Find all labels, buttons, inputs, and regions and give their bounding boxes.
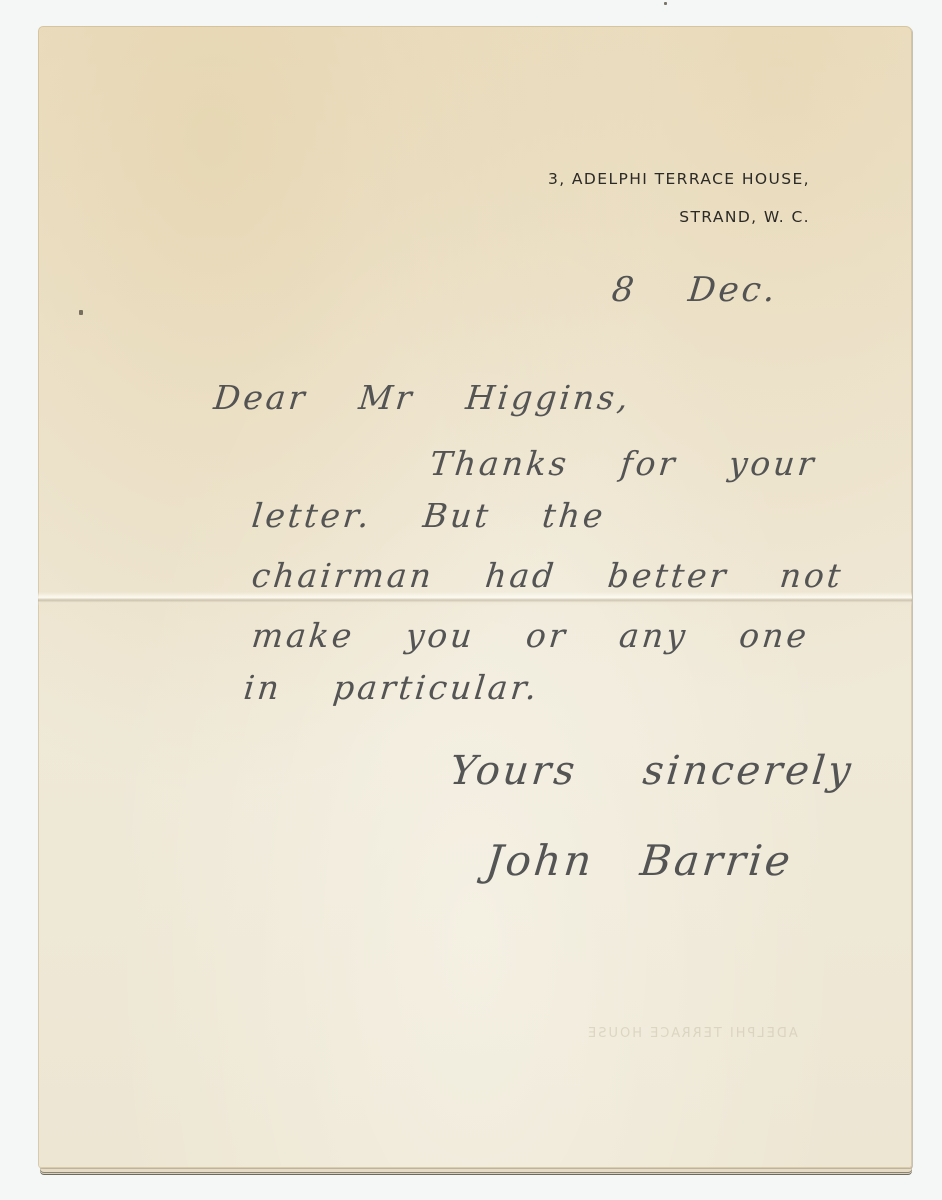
letter-body-line: in particular. bbox=[242, 668, 541, 707]
ink-speck bbox=[79, 310, 83, 315]
letter-body-line: letter. But the bbox=[250, 496, 608, 535]
letter-body-line: Thanks for your bbox=[428, 444, 819, 483]
letter-body-line: make you or any one bbox=[250, 616, 811, 655]
bleed-through-text: ADELPHI TERRACE HOUSE bbox=[586, 1026, 798, 1041]
letter-signature: John Barrie bbox=[483, 836, 795, 885]
letter-body-line: chairman had better not bbox=[250, 556, 845, 595]
letter-sheet: 3, ADELPHI TERRACE HOUSE, STRAND, W. C. … bbox=[38, 26, 912, 1168]
letterhead: 3, ADELPHI TERRACE HOUSE, STRAND, W. C. bbox=[548, 172, 810, 225]
letterhead-address-line2: STRAND, W. C. bbox=[548, 210, 810, 226]
letter-closing: Yours sincerely bbox=[448, 748, 856, 794]
scan-background: 3, ADELPHI TERRACE HOUSE, STRAND, W. C. … bbox=[0, 0, 942, 1200]
letter-salutation: Dear Mr Higgins, bbox=[212, 378, 633, 417]
letter-date: 8 Dec. bbox=[610, 270, 780, 310]
dust-speck bbox=[664, 2, 667, 5]
letterhead-address-line1: 3, ADELPHI TERRACE HOUSE, bbox=[548, 172, 810, 188]
